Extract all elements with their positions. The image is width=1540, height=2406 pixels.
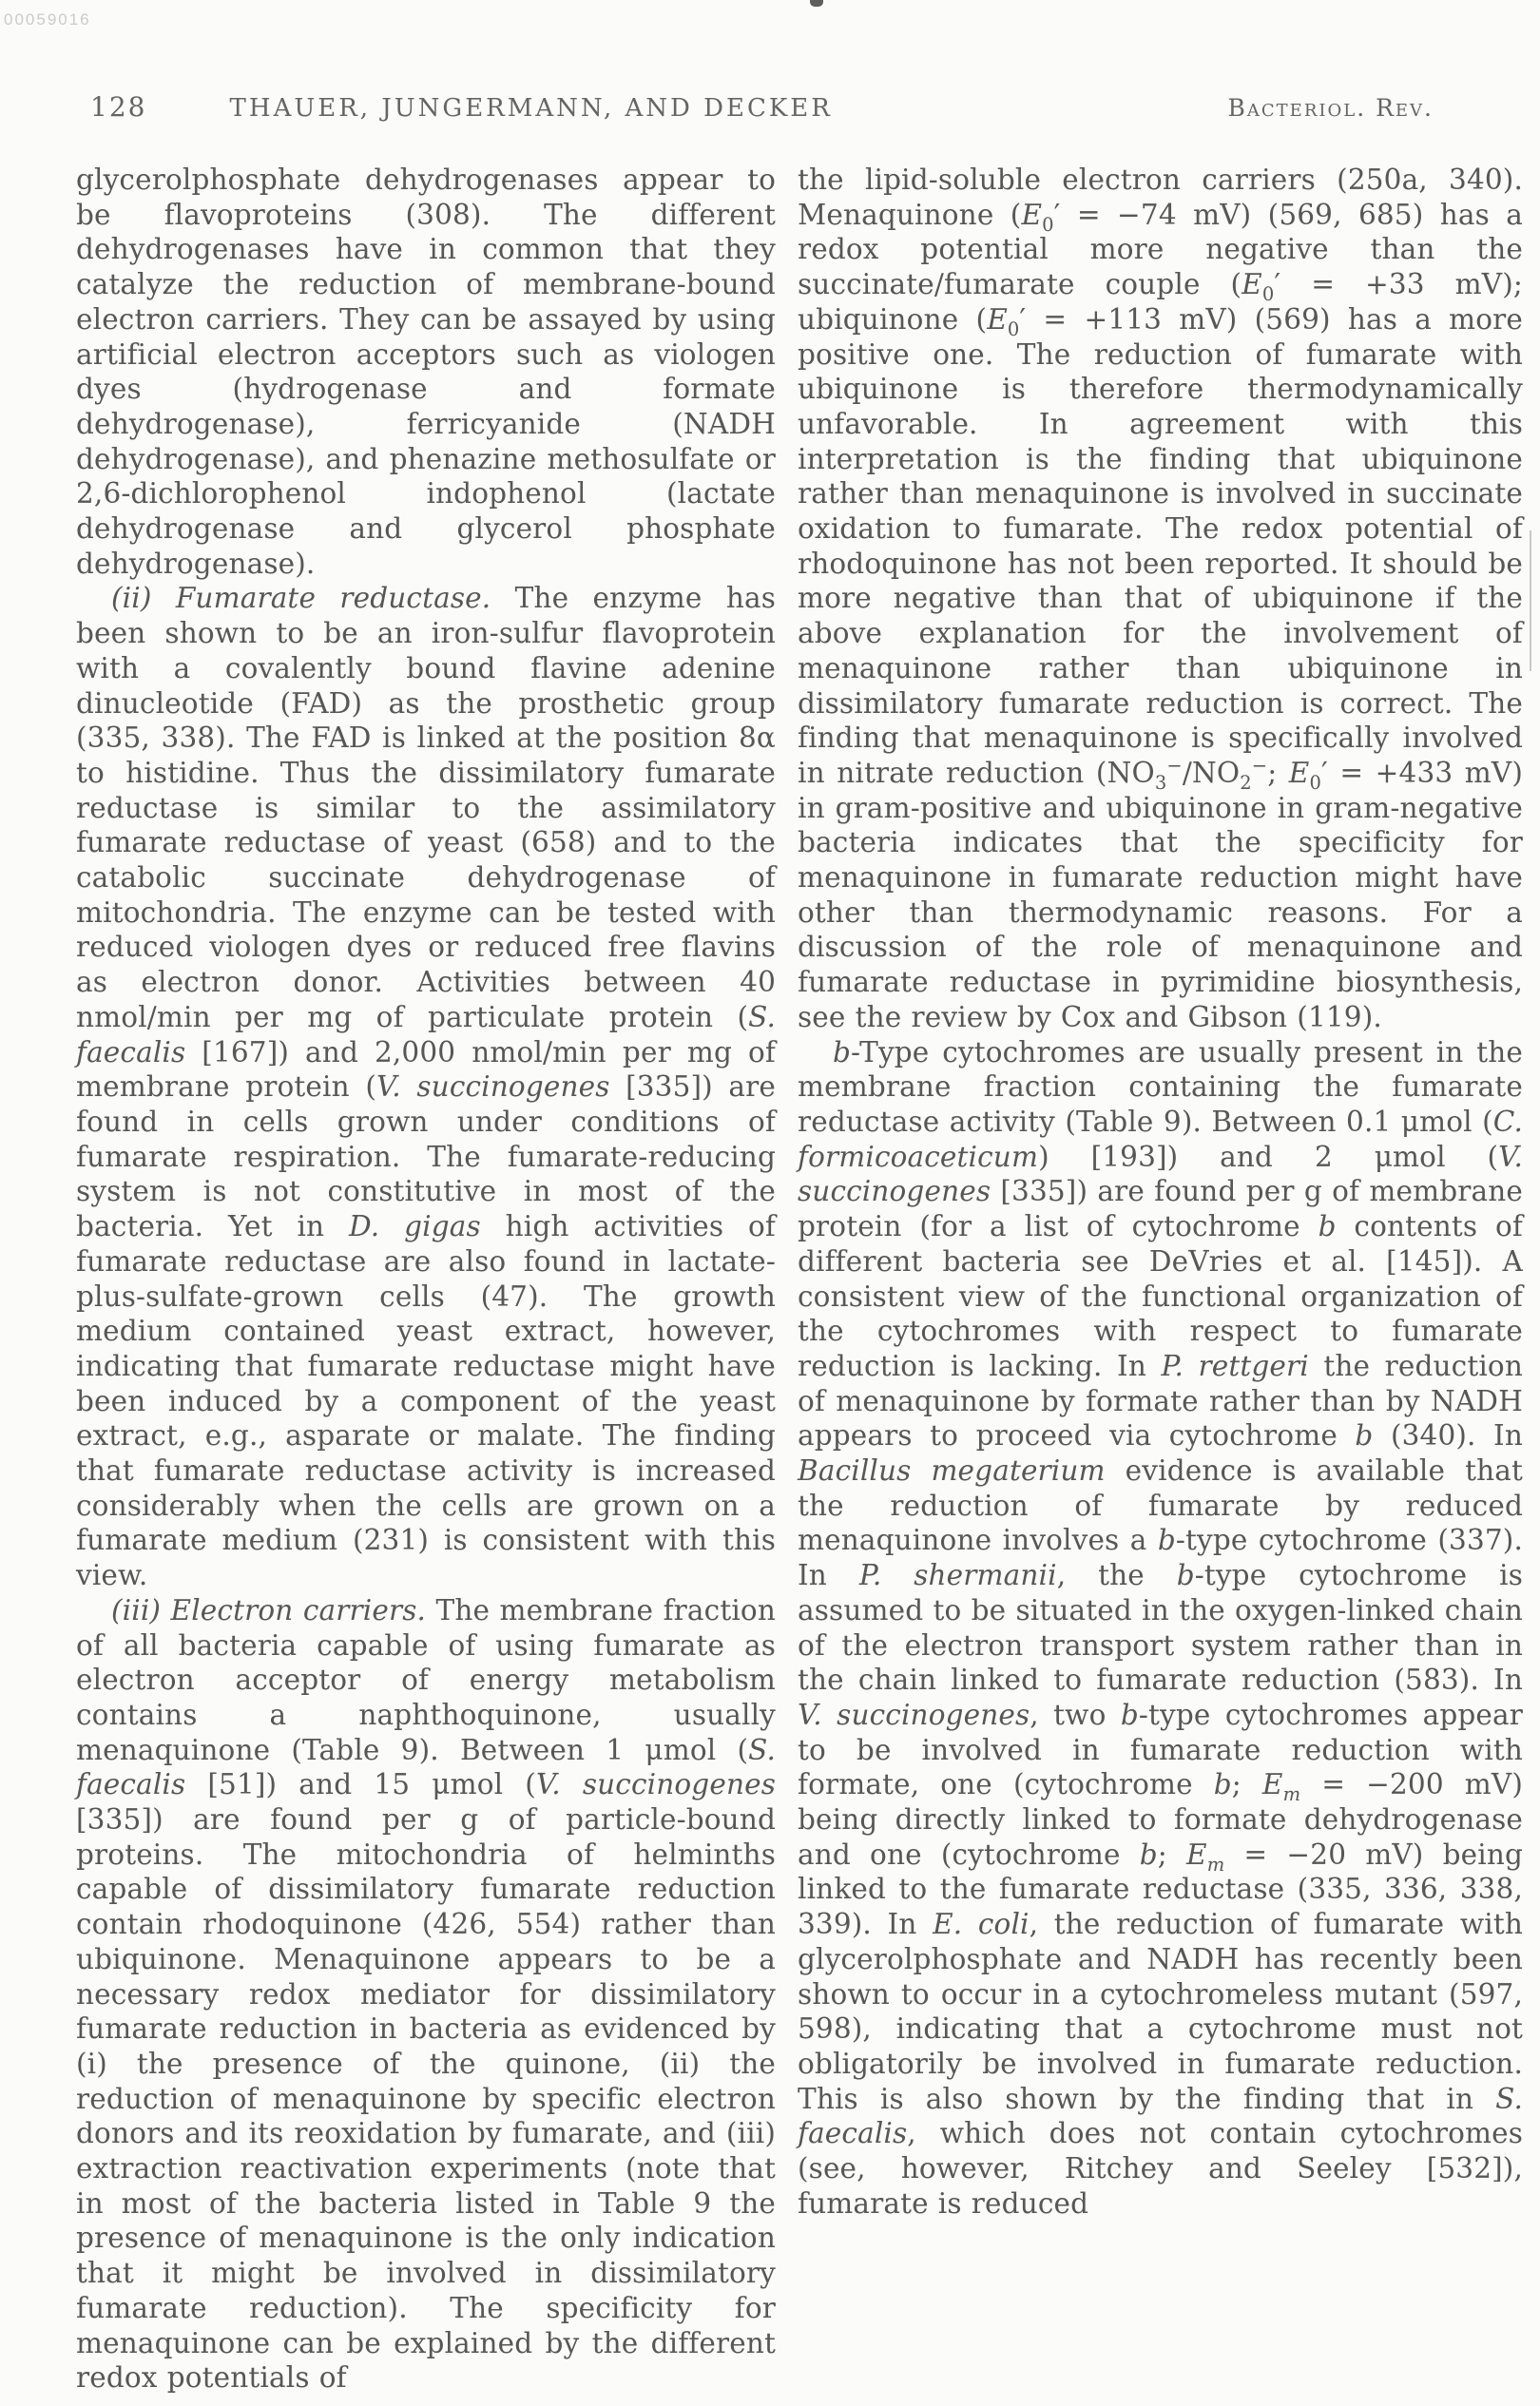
paragraph: glycerolphosphate dehydrogenases appear … <box>76 163 776 581</box>
text-run: P. shermanii <box>859 1559 1057 1591</box>
text-run: E <box>1186 1838 1207 1871</box>
text-run: The enzyme has been shown to be an iron-… <box>76 582 776 1032</box>
text-run: b <box>833 1036 851 1068</box>
text-run: 3 <box>1155 772 1167 794</box>
text-run: high activities of fumarate reductase ar… <box>76 1210 776 1591</box>
text-run: b <box>1158 1524 1176 1556</box>
right-column: the lipid-soluble electron carriers (250… <box>798 163 1523 2221</box>
text-run: E <box>1242 268 1262 300</box>
text-run: ′ = +433 mV) in gram-positive and ubiqui… <box>798 757 1523 1033</box>
text-run: V. succinogenes <box>536 1768 776 1800</box>
journal-name: Bacteriol. Rev. <box>1228 94 1434 122</box>
paragraph: (iii) Electron carriers. The membrane fr… <box>76 1593 776 2396</box>
text-run: V. succinogenes <box>798 1699 1030 1731</box>
text-run: E <box>987 303 1008 336</box>
text-run: E <box>1262 1768 1283 1800</box>
text-run: b <box>1177 1559 1195 1591</box>
text-run: -Type cytochromes are usually present in… <box>798 1036 1523 1138</box>
text-run: E <box>1021 199 1042 231</box>
text-run: V. succinogenes <box>376 1070 610 1103</box>
text-run: ; <box>1232 1768 1262 1800</box>
text-run: Bacillus megaterium <box>798 1454 1106 1487</box>
text-run: [335]) are found per g of particle-bound… <box>76 1803 776 2394</box>
text-run: , the <box>1057 1559 1177 1591</box>
text-run: , two <box>1030 1699 1121 1731</box>
text-run: D. gigas <box>349 1210 481 1242</box>
running-header-left: 128 THAUER, JUNGERMANN, AND DECKER <box>90 91 833 123</box>
text-run: b <box>1140 1838 1158 1871</box>
text-run: − <box>1166 755 1182 777</box>
text-run: b <box>1319 1210 1337 1242</box>
text-run: ; <box>1267 757 1289 789</box>
running-authors: THAUER, JUNGERMANN, AND DECKER <box>230 94 833 123</box>
text-run: ′ = +113 mV) (569) has a more positive o… <box>798 303 1523 789</box>
journal-page: 00059016 128 THAUER, JUNGERMANN, AND DEC… <box>0 0 1540 2406</box>
text-run: b <box>1214 1768 1232 1800</box>
paragraph: (ii) Fumarate reductase. The enzyme has … <box>76 581 776 1592</box>
running-header: 128 THAUER, JUNGERMANN, AND DECKER Bacte… <box>90 91 1434 123</box>
text-run: 0 <box>1008 318 1020 340</box>
scan-artifact <box>1530 530 1531 671</box>
page-number: 128 <box>90 91 146 123</box>
text-run: /NO <box>1183 757 1240 789</box>
scan-serial-number: 00059016 <box>4 10 91 29</box>
text-run: 2 <box>1240 772 1252 794</box>
text-run: glycerolphosphate dehydrogenases appear … <box>76 164 776 580</box>
text-run: b <box>1355 1419 1373 1452</box>
left-column: glycerolphosphate dehydrogenases appear … <box>76 163 776 2396</box>
text-run: b <box>1121 1699 1139 1731</box>
text-run: 0 <box>1262 283 1275 305</box>
text-run: , which does not contain cytochromes (se… <box>798 2117 1523 2219</box>
text-run: ; <box>1158 1838 1186 1871</box>
text-run: E <box>1289 757 1310 789</box>
text-run: − <box>1252 755 1267 777</box>
paragraph: the lipid-soluble electron carriers (250… <box>798 163 1523 1035</box>
scan-artifact <box>810 0 823 7</box>
text-run: 0 <box>1309 772 1321 794</box>
text-run: ) [193]) and 2 μmol ( <box>1038 1141 1498 1173</box>
two-column-body: glycerolphosphate dehydrogenases appear … <box>76 163 1523 2396</box>
text-run: (iii) Electron carriers. <box>111 1594 426 1626</box>
text-run: E. coli <box>933 1908 1030 1940</box>
text-run: (ii) Fumarate reductase. <box>111 582 491 614</box>
text-run: m <box>1283 1783 1301 1805</box>
text-run: [51]) and 15 μmol ( <box>185 1768 536 1800</box>
text-run: (340). In <box>1373 1419 1523 1452</box>
text-run: P. rettgeri <box>1161 1350 1308 1382</box>
paragraph: b-Type cytochromes are usually present i… <box>798 1035 1523 2222</box>
